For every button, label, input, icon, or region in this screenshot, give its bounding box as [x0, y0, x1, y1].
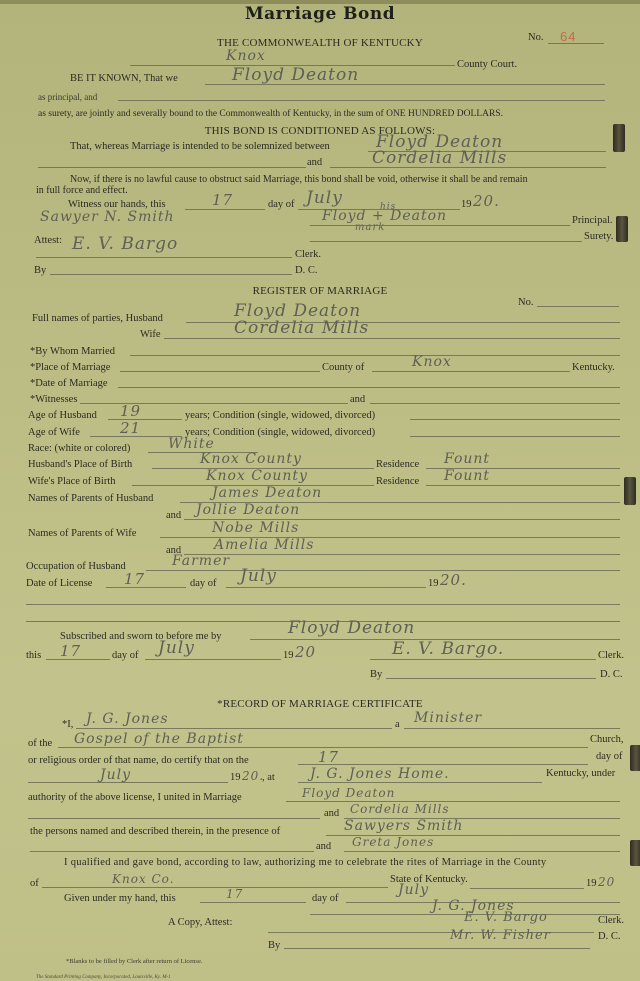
register-heading: REGISTER OF MARRIAGE: [0, 285, 640, 297]
certificate-county-value: Knox Co.: [112, 871, 175, 887]
conditioned-heading: THIS BOND IS CONDITIONED AS FOLLOWS:: [0, 125, 640, 137]
rule: [164, 338, 620, 339]
county-of-label: County of: [322, 362, 364, 374]
marriage-bond-document: Marriage Bond THE COMMONWEALTH OF KENTUC…: [0, 0, 640, 981]
rule: [537, 306, 619, 307]
qualified-statement: I qualified and gave bond, according to …: [64, 857, 546, 869]
rule: [38, 167, 306, 168]
rule: [26, 604, 620, 605]
cert-year-line-prefix: 19: [586, 878, 597, 890]
rule: [28, 818, 320, 819]
certificate-year-value: 20.: [242, 768, 264, 784]
rule: [205, 84, 605, 85]
rule: [298, 764, 588, 765]
husband-father-value: James Deaton: [212, 485, 322, 501]
rule: [28, 782, 228, 783]
license-year-prefix: 19: [428, 578, 439, 590]
bond-clerk-signature: E. V. Bargo: [72, 236, 178, 252]
rule: [185, 209, 265, 210]
surety-label: Surety.: [584, 231, 613, 243]
rule: [370, 403, 620, 404]
rule: [226, 587, 426, 588]
rule: [50, 274, 292, 275]
rule: [386, 678, 596, 679]
rule: [200, 902, 306, 903]
principal-label: Principal.: [572, 215, 613, 227]
wife-residence-label: Residence: [376, 476, 419, 488]
church-label: Church,: [590, 734, 624, 746]
rule: [310, 241, 582, 242]
wife-birthplace-label: Wife's Place of Birth: [28, 476, 116, 488]
sworn-year-prefix: 19: [283, 650, 294, 662]
wife-father-value: Nobe Mills: [212, 520, 299, 536]
rule: [426, 485, 620, 486]
as-principal-label: as principal, and: [38, 91, 97, 103]
authority-label: authority of the above license, I united…: [28, 792, 242, 804]
bond-clerk-label: Clerk.: [295, 249, 321, 261]
document-title: Marriage Bond: [0, 4, 640, 24]
age-wife-label: Age of Wife: [28, 427, 80, 439]
binder-tab: [624, 477, 636, 505]
officiant-name-value: J. G. Jones: [86, 711, 169, 727]
witnesses-and-label: and: [350, 394, 365, 406]
attest-label: Attest:: [34, 235, 62, 247]
husband-residence-value: Fount: [444, 451, 490, 467]
principal-name-value: Floyd Deaton: [232, 67, 359, 83]
rule: [344, 851, 620, 852]
husband-residence-label: Residence: [376, 459, 419, 471]
license-day-value: 17: [124, 571, 145, 587]
rule: [146, 570, 620, 571]
witness-day-value: 17: [212, 192, 233, 208]
register-number-label: No.: [518, 297, 533, 309]
occupation-value: Farmer: [172, 553, 230, 569]
register-dc-label: D. C.: [600, 669, 622, 681]
rule: [404, 728, 620, 729]
witnesses-label: *Witnesses: [30, 394, 77, 406]
place-of-marriage-label: *Place of Marriage: [30, 362, 110, 374]
age-husband-value: 19: [120, 403, 141, 419]
husband-mother-value: Jollie Deaton: [196, 502, 300, 518]
binder-tab: [630, 745, 640, 771]
certify-label: or religious order of that name, do cert…: [28, 755, 249, 767]
certificate-dc-label: D. C.: [598, 931, 620, 943]
sworn-day-value: 17: [60, 643, 81, 659]
register-county-value: Knox: [412, 354, 452, 370]
year-prefix: 19: [461, 199, 472, 211]
commonwealth-heading: THE COMMONWEALTH OF KENTUCKY: [0, 37, 640, 49]
certificate-by-label: By: [268, 940, 280, 952]
certificate-a-label: a: [395, 719, 400, 731]
rule: [130, 355, 620, 356]
witness-and-label: and: [316, 841, 331, 853]
certificate-heading: *RECORD OF MARRIAGE CERTIFICATE: [0, 698, 640, 710]
certificate-day-value: 17: [318, 749, 339, 765]
kentucky-under-label: Kentucky, under: [546, 768, 615, 780]
printer-imprint: The Standard Printing Company, Incorpora…: [36, 972, 171, 981]
race-label: Race: (white or colored): [28, 443, 130, 455]
void-clause-line1: Now, if there is no lawful cause to obst…: [70, 174, 528, 186]
bride-name-value: Cordelia Mills: [372, 150, 507, 166]
certificate-i-label: *I,: [62, 719, 73, 731]
bond-number-label: No.: [528, 32, 543, 44]
husband-birthplace-value: Knox County: [200, 451, 302, 467]
certificate-month-value: July: [100, 767, 131, 783]
void-clause-line2: in full force and effect.: [36, 185, 128, 197]
given-day-value: 17: [226, 886, 243, 902]
witness-year-value: 20.: [473, 193, 500, 209]
register-by-label: By: [370, 669, 382, 681]
deputy-clerk-signature: Mr. W. Fisher: [450, 928, 551, 944]
binder-tab: [613, 124, 625, 152]
rule: [46, 659, 110, 660]
condition-label-husband: years; Condition (single, widowed, divor…: [185, 410, 375, 422]
at-label: , at: [262, 772, 275, 784]
given-day-of-label: day of: [312, 893, 339, 905]
surety-statement: as surety, are jointly and severally bou…: [38, 108, 503, 120]
county-of-label-cert: of: [30, 878, 39, 890]
rule: [184, 554, 620, 555]
wife-birthplace-value: Knox County: [206, 468, 308, 484]
rule: [548, 43, 604, 44]
rule: [286, 801, 620, 802]
cert-year-line-value: 20: [598, 874, 615, 890]
copy-attest-label: A Copy, Attest:: [168, 917, 232, 929]
footnote: *Blanks to be filled by Clerk after retu…: [66, 956, 202, 968]
certificate-day-of-label: day of: [596, 751, 623, 763]
witness-month-value: July: [306, 190, 343, 206]
presence-label: the persons named and described therein,…: [30, 826, 280, 838]
kentucky-label: Kentucky.: [572, 362, 615, 374]
rule: [42, 887, 388, 888]
rule: [330, 167, 606, 168]
subscribed-label: Subscribed and sworn to before me by: [60, 631, 222, 643]
sworn-year-value: 20: [295, 644, 316, 660]
certificate-clerk-label: Clerk.: [598, 915, 624, 927]
marriage-place-value: J. G. Jones Home.: [310, 766, 450, 782]
rule: [76, 728, 392, 729]
whereas-label: That, whereas Marriage is intended to be…: [70, 141, 330, 153]
rule: [284, 948, 590, 949]
race-value: White: [168, 436, 215, 452]
date-of-marriage-label: *Date of Marriage: [30, 378, 108, 390]
officiant-title-value: Minister: [414, 710, 482, 726]
husband-name-value: Floyd Deaton: [234, 303, 361, 319]
rule: [372, 371, 570, 372]
certificate-year-prefix: 19: [230, 772, 241, 784]
rule: [310, 225, 570, 226]
husband-birthplace-label: Husband's Place of Birth: [28, 459, 132, 471]
witness-two-value: Greta Jones: [352, 834, 434, 850]
rule: [106, 587, 186, 588]
age-wife-value: 21: [120, 420, 141, 436]
rule: [118, 100, 605, 101]
rule: [118, 387, 620, 388]
certificate-and-label: and: [324, 808, 339, 820]
sworn-day-of-label: day of: [112, 650, 139, 662]
certificate-groom-value: Floyd Deaton: [302, 785, 395, 801]
wife-mother-value: Amelia Mills: [214, 537, 314, 553]
wife-name-label: Wife: [140, 329, 161, 341]
rule: [470, 888, 584, 889]
given-month-value: July: [398, 882, 429, 898]
given-under-hand-label: Given under my hand, this: [64, 893, 176, 905]
be-it-known-label: BE IT KNOWN, That we: [70, 73, 178, 85]
husband-name-label: Full names of parties, Husband: [32, 313, 163, 325]
bond-county-value: Knox: [226, 48, 266, 64]
date-of-license-label: Date of License: [26, 578, 92, 590]
mark-label: mark: [355, 220, 385, 236]
register-clerk-label: Clerk.: [598, 650, 624, 662]
certificate-bride-value: Cordelia Mills: [350, 801, 450, 817]
binder-tab: [630, 840, 640, 866]
bond-dc-label: D. C.: [295, 265, 317, 277]
wife-name-value: Cordelia Mills: [234, 320, 369, 336]
certificate-clerk-signature: E. V. Bargo: [464, 910, 548, 926]
license-day-of-label: day of: [190, 578, 217, 590]
license-year-value: 20.: [440, 572, 467, 588]
county-court-label: County Court.: [457, 59, 517, 71]
bond-by-label: By: [34, 265, 46, 277]
of-the-label: of the: [28, 738, 52, 750]
rule: [36, 257, 292, 258]
day-of-label: day of: [268, 199, 295, 211]
occupation-label: Occupation of Husband: [26, 561, 126, 573]
binder-tab: [616, 216, 628, 242]
witness-signature: Sawyer N. Smith: [40, 209, 175, 225]
register-clerk-signature: E. V. Bargo.: [392, 641, 504, 657]
rule: [298, 782, 542, 783]
witness-one-value: Sawyers Smith: [344, 818, 463, 834]
rule: [370, 659, 596, 660]
parents-husband-label: Names of Parents of Husband: [28, 493, 153, 505]
by-whom-married-label: *By Whom Married: [30, 346, 115, 358]
and-label: and: [307, 157, 322, 169]
wife-residence-value: Fount: [444, 468, 490, 484]
sworn-this-label: this: [26, 650, 41, 662]
rule: [145, 659, 281, 660]
parents-wife-label: Names of Parents of Wife: [28, 528, 136, 540]
rule: [30, 851, 314, 852]
parents-husband-and-label: and: [166, 510, 181, 522]
church-value: Gospel of the Baptist: [74, 731, 244, 747]
age-husband-label: Age of Husband: [28, 410, 97, 422]
sworn-month-value: July: [158, 640, 195, 656]
license-month-value: July: [240, 568, 277, 584]
subscribed-value: Floyd Deaton: [288, 620, 415, 636]
rule: [410, 419, 620, 420]
rule: [120, 371, 320, 372]
rule: [410, 436, 620, 437]
